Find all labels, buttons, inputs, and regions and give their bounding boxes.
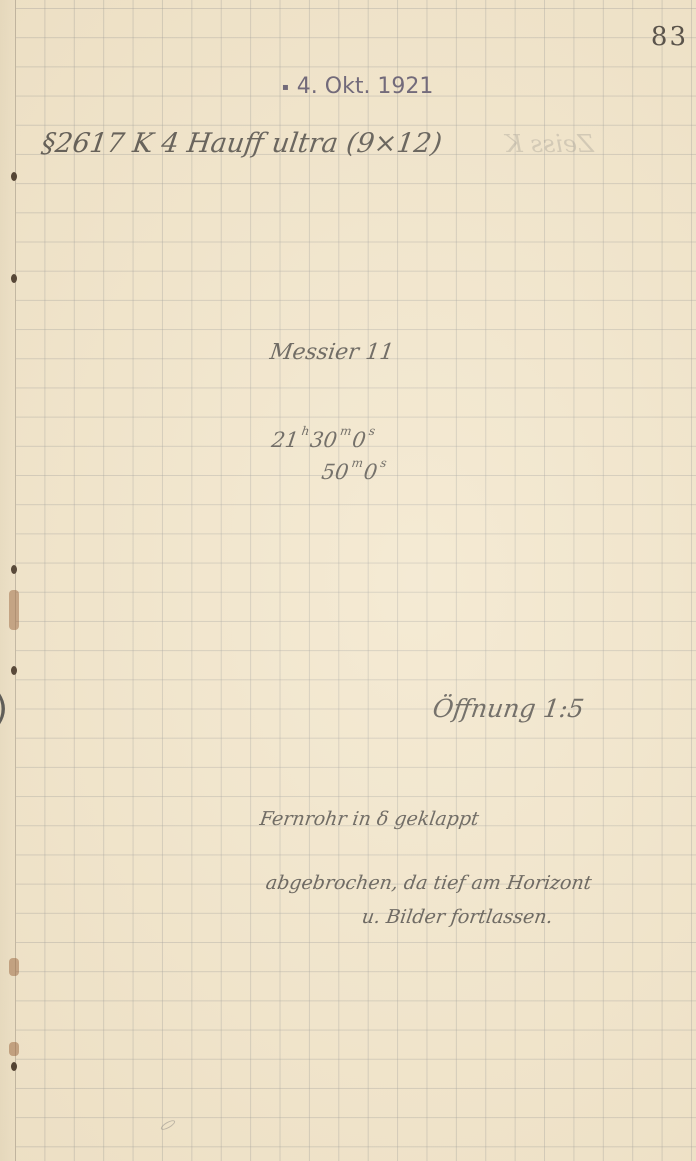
binding-hole: [11, 172, 17, 181]
note-line-1: Fernrohr in δ geklappt: [258, 808, 480, 830]
binding-hole: [11, 274, 17, 283]
rust-stain: [9, 958, 19, 976]
pencil-mark: [160, 1118, 177, 1131]
note-line-3: u. Bilder fortlassen.: [360, 906, 554, 928]
binding-hole: [11, 1062, 17, 1071]
date-stamp: ▪4. Okt. 1921: [282, 74, 433, 99]
exposure-start-time: 21h30m0s: [270, 424, 378, 452]
note-line-2: abgebrochen, da tief am Horizont: [264, 872, 593, 894]
rust-stain: [9, 590, 19, 630]
aperture-ratio: Öffnung 1:5: [431, 694, 586, 723]
bleed-through-text: Zeiss K: [505, 130, 594, 158]
plate-entry: §2617 K 4 Hauff ultra (9×12): [40, 128, 444, 159]
object-name: Messier 11: [268, 340, 395, 365]
binding-hole: [11, 666, 17, 675]
margin-mark: ): [0, 688, 8, 729]
stamp-mark: ▪: [282, 82, 289, 93]
rust-stain: [9, 1042, 19, 1056]
notebook-page: 83 ▪4. Okt. 1921 §2617 K 4 Hauff ultra (…: [0, 0, 696, 1161]
exposure-end-time: 50m0s: [320, 456, 390, 484]
stamp-date: 4. Okt. 1921: [297, 74, 434, 99]
page-number: 83: [651, 22, 688, 52]
binding-hole: [11, 565, 17, 574]
